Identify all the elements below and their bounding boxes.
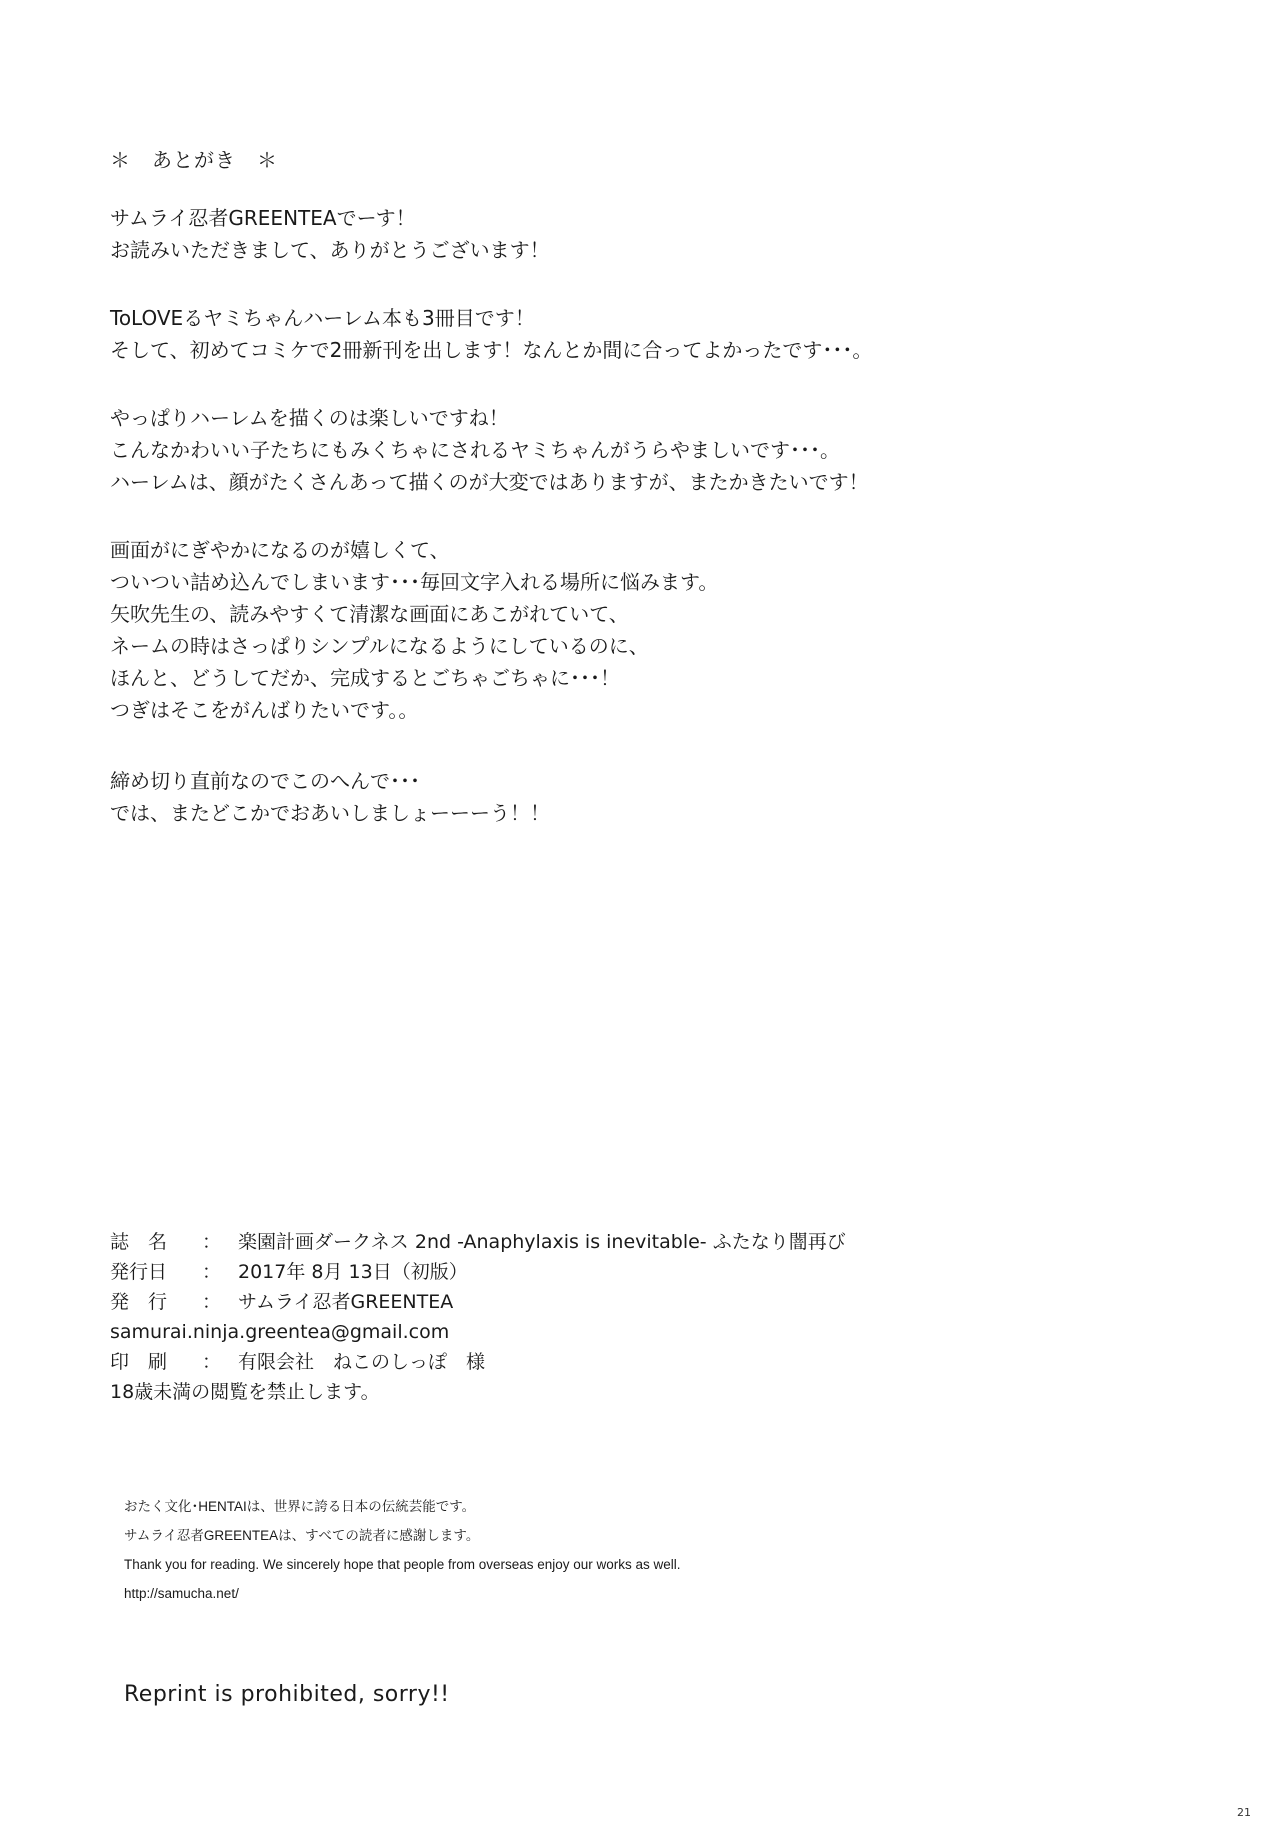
colophon-date-value: 2017年 8月 13日（初版） (238, 1261, 468, 1283)
afterword-line: つぎはそこをがんばりたいです。。 (110, 698, 418, 722)
note-line: Thank you for reading. We sincerely hope… (124, 1556, 681, 1574)
afterword-line: そして、初めてコミケで2冊新刊を出します！なんとか間に合ってよかったです･･･。 (110, 338, 872, 362)
afterword-line: こんなかわいい子たちにもみくちゃにされるヤミちゃんがうらやましいです･･･。 (110, 438, 840, 462)
colophon-email: samurai.ninja.greentea@gmail.com (110, 1320, 449, 1344)
website-url: http://samucha.net/ (124, 1585, 239, 1603)
colophon-printer-row: 印 刷：有限会社 ねこのしっぽ 様 (110, 1350, 485, 1374)
colophon-publisher-value: サムライ忍者GREENTEA (238, 1291, 453, 1313)
note-line: おたく文化･HENTAIは、世界に誇る日本の伝統芸能です。 (124, 1498, 475, 1516)
afterword-line: お読みいただきまして、ありがとうございます！ (110, 238, 550, 262)
note-line: サムライ忍者GREENTEAは、すべての読者に感謝します。 (124, 1527, 479, 1545)
afterword-line: ハーレムは、顔がたくさんあって描くのが大変ではありますが、またかきたいです！ (110, 470, 869, 494)
afterword-line: サムライ忍者GREENTEAでーす！ (110, 206, 416, 230)
colophon-publisher-row: 発 行：サムライ忍者GREENTEA (110, 1290, 453, 1314)
colophon-title-row: 誌 名：楽園計画ダークネス 2nd -Anaphylaxis is inevit… (110, 1230, 846, 1254)
colon: ： (202, 1350, 238, 1374)
colon: ： (202, 1260, 238, 1284)
colophon-printer-value: 有限会社 ねこのしっぽ 様 (238, 1351, 485, 1373)
afterword-line: ToLOVEるヤミちゃんハーレム本も3冊目です！ (110, 306, 535, 330)
afterword-heading: ＊ あとがき ＊ (110, 144, 278, 173)
afterword-line: 締め切り直前なのでこのへんで･･･ (110, 769, 420, 793)
afterword-line: では、またどこかでおあいしましょーーーう！！ (110, 801, 550, 825)
age-restriction-notice: 18歳未満の閲覧を禁止します。 (110, 1380, 380, 1404)
colophon-date-label: 発行日 (110, 1260, 202, 1284)
reprint-notice: Reprint is prohibited, sorry!! (124, 1682, 450, 1707)
afterword-line: ネームの時はさっぱりシンプルになるようにしているのに、 (110, 634, 649, 658)
afterword-line: ほんと、どうしてだか、完成するとごちゃごちゃに･･･！ (110, 666, 620, 690)
colophon-publisher-label: 発 行 (110, 1290, 202, 1314)
colophon-title-value: 楽園計画ダークネス 2nd -Anaphylaxis is inevitable… (238, 1231, 846, 1253)
colon: ： (202, 1290, 238, 1314)
afterword-line: 画面がにぎやかになるのが嬉しくて、 (110, 538, 450, 562)
colophon-date-row: 発行日：2017年 8月 13日（初版） (110, 1260, 468, 1284)
afterword-line: ついつい詰め込んでしまいます･･･毎回文字入れる場所に悩みます。 (110, 570, 718, 594)
page-number: 21 (1237, 1806, 1251, 1819)
afterword-line: やっぱりハーレムを描くのは楽しいですね！ (110, 406, 509, 430)
afterword-line: 矢吹先生の、読みやすくて清潔な画面にあこがれていて、 (110, 602, 629, 626)
colon: ： (202, 1230, 238, 1254)
colophon-title-label: 誌 名 (110, 1230, 202, 1254)
colophon-printer-label: 印 刷 (110, 1350, 202, 1374)
